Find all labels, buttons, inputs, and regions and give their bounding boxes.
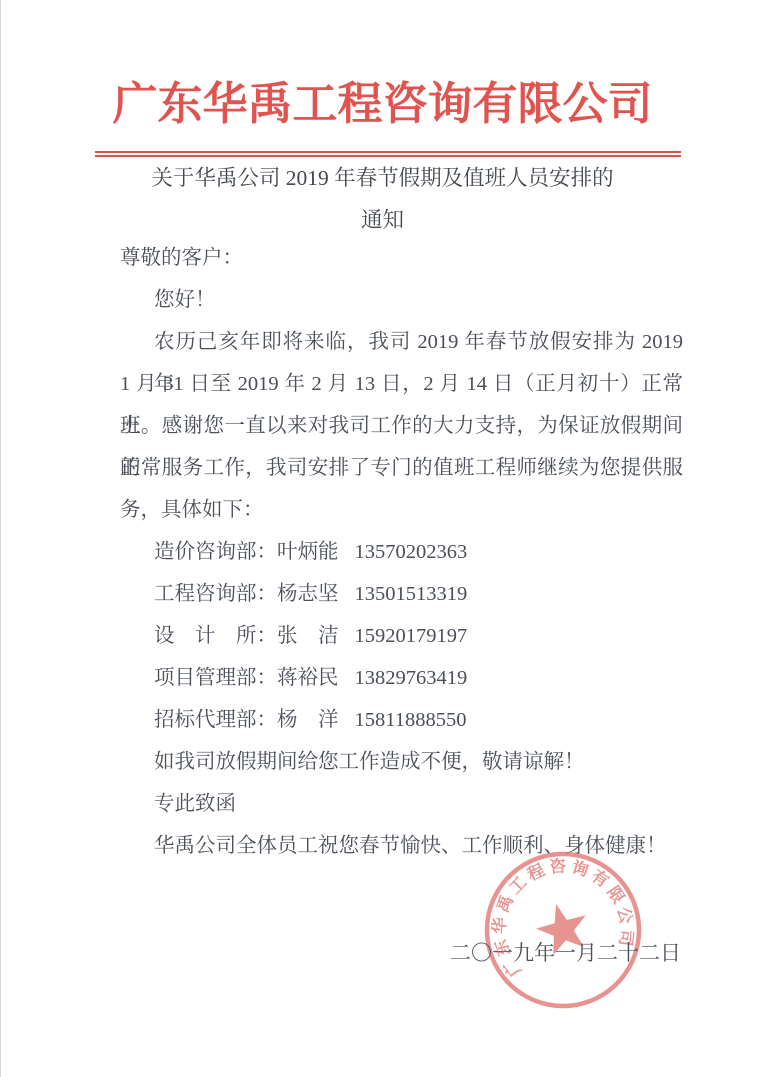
company-seal: 广东华禹工程咨询有限公司 <box>477 844 649 1016</box>
contact-phone: 15920179197 <box>355 625 468 647</box>
notice-subject: 关于华禹公司 2019 年春节假期及值班人员安排的 通知 <box>0 157 765 241</box>
subject-line-2: 通知 <box>0 199 765 241</box>
contact-row: 造价咨询部：叶炳能13570202363 <box>120 531 683 573</box>
contact-row: 设 计 所：张 洁15920179197 <box>120 615 683 657</box>
contact-dept-label: 招标代理部： <box>154 709 277 731</box>
company-letterhead: 广东华禹工程咨询有限公司 <box>0 72 765 136</box>
contact-row: 工程咨询部：杨志坚13501513319 <box>120 573 683 615</box>
paragraph-line: 农历己亥年即将来临，我司 2019 年春节放假安排为 2019 年 <box>120 321 683 363</box>
contact-name: 杨 洋 <box>277 709 339 731</box>
contact-dept-label: 工程咨询部： <box>154 583 277 605</box>
salutation: 尊敬的客户： <box>120 237 683 279</box>
contact-row: 项目管理部：蒋裕民13829763419 <box>120 657 683 699</box>
contact-name: 张 洁 <box>277 625 339 647</box>
contact-phone: 15811888550 <box>355 709 467 731</box>
paragraph-line: 正常服务工作，我司安排了专门的值班工程师继续为您提供服 <box>120 447 683 489</box>
greeting: 您好！ <box>120 279 683 321</box>
contact-row: 招标代理部：杨 洋15811888550 <box>120 699 683 741</box>
contact-dept-label: 设 计 所： <box>154 625 277 647</box>
apology-line: 如我司放假期间给您工作造成不便，敬请谅解！ <box>120 741 683 783</box>
letter-date: 二〇一九年一月二十二日 <box>450 937 681 967</box>
contact-phone: 13829763419 <box>355 667 468 689</box>
closing-line: 专此致函 <box>120 783 683 825</box>
paragraph-line: 班。感谢您一直以来对我司工作的大力支持，为保证放假期间的 <box>120 405 683 447</box>
letter-body: 尊敬的客户： 您好！ 农历己亥年即将来临，我司 2019 年春节放假安排为 20… <box>120 237 683 867</box>
contact-dept-label: 项目管理部： <box>154 667 277 689</box>
contact-name: 蒋裕民 <box>277 667 339 689</box>
paragraph-line: 1 月 31 日至 2019 年 2 月 13 日，2 月 14 日（正月初十）… <box>120 363 683 405</box>
contact-phone: 13570202363 <box>355 541 468 563</box>
contact-phone: 13501513319 <box>355 583 468 605</box>
paragraph-line: 务，具体如下： <box>120 489 683 531</box>
contact-name: 杨志坚 <box>277 583 339 605</box>
subject-line-1: 关于华禹公司 2019 年春节假期及值班人员安排的 <box>0 157 765 199</box>
contact-dept-label: 造价咨询部： <box>154 541 277 563</box>
document-page: 广东华禹工程咨询有限公司 关于华禹公司 2019 年春节假期及值班人员安排的 通… <box>0 0 765 1077</box>
contact-name: 叶炳能 <box>277 541 339 563</box>
